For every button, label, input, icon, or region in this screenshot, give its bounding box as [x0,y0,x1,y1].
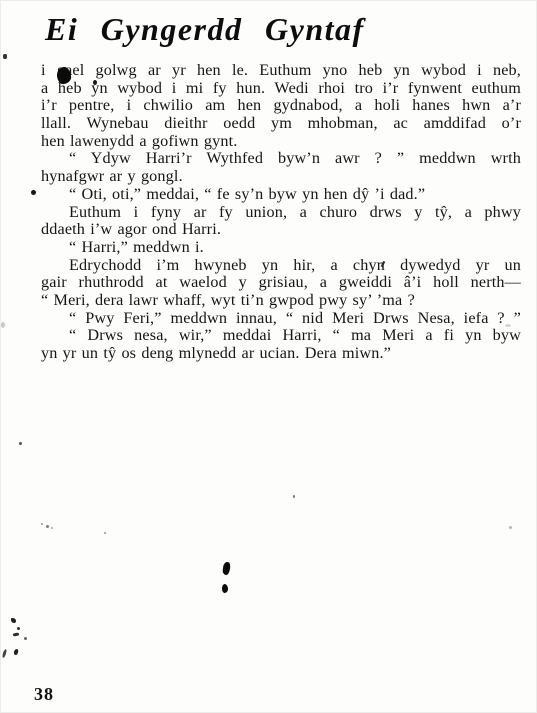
faint-speck [293,495,295,498]
text-line: “ Oti, oti,” meddai, “ fe sy’n byw yn he… [41,186,521,204]
faint-speck [104,532,106,534]
text-line: yn yr un tŷ os deng mlynedd ar ucian. De… [41,345,521,363]
text-line: hen lawenydd a gofiwn gynt. [41,133,521,151]
ink-speck-under-golwg [93,80,97,85]
faint-speck [509,526,512,529]
page-number: 38 [34,684,54,705]
left-edge-mark [3,54,7,59]
text-line: “ Harri,” meddwn i. [41,239,521,257]
text-line: Euthum i fyny ar fy union, a churo drws … [41,204,521,222]
margin-speck-cluster-mark [24,637,27,640]
text-line: gair rhuthrodd at waelod y grisiau, a gw… [41,274,521,292]
margin-speck-cluster-mark [13,633,19,637]
text-line: “ Drws nesa, wir,” meddai Harri, “ ma Me… [41,327,521,345]
text-line: llall. Wynebau dieithr oedd ym mhobman, … [41,115,521,133]
margin-speck-cluster-mark [17,627,20,630]
text-line: Edrychodd i’m hwyneb yn hir, a chyn dywe… [41,257,521,275]
faint-speck [19,442,22,445]
text-line: hynafgwr ar y gongl. [41,168,521,186]
margin-speck-cluster-mark [2,649,8,658]
text-line: “ Meri, dera lawr whaff, wyt ti’n gwpod … [41,292,521,310]
center-ink-spot-lower [222,584,229,593]
faint-speck [46,525,49,528]
text-line: “ Pwy Feri,” meddwn innau, “ nid Meri Dr… [41,310,521,328]
text-line: “ Ydyw Harri’r Wythfed byw’n awr ? ” med… [41,150,521,168]
left-margin-dot [31,190,36,195]
chapter-title: Ei Gyngerdd Gyntaf [45,11,365,48]
faint-speck [51,527,53,529]
text-line: a heb yn wybod i mi fy hun. Wedi rhoi tr… [41,80,521,98]
left-edge-smudge [1,322,5,328]
center-ink-spot-upper [222,562,231,576]
body-text-block: i gael golwg ar yr hen le. Euthum yno he… [41,62,521,363]
text-line: ddaeth i’w agor ond Harri. [41,221,521,239]
text-line: i gael golwg ar yr hen le. Euthum yno he… [41,62,521,80]
right-edge-smudge [505,324,511,327]
text-line: i’r pentre, i chwilio am hen gydnabod, a… [41,97,521,115]
scanned-book-page: Ei Gyngerdd Gyntaf i gael golwg ar yr he… [0,0,537,713]
margin-speck-cluster-mark [11,618,16,623]
margin-speck-cluster-mark [13,649,18,656]
faint-speck [41,523,43,525]
